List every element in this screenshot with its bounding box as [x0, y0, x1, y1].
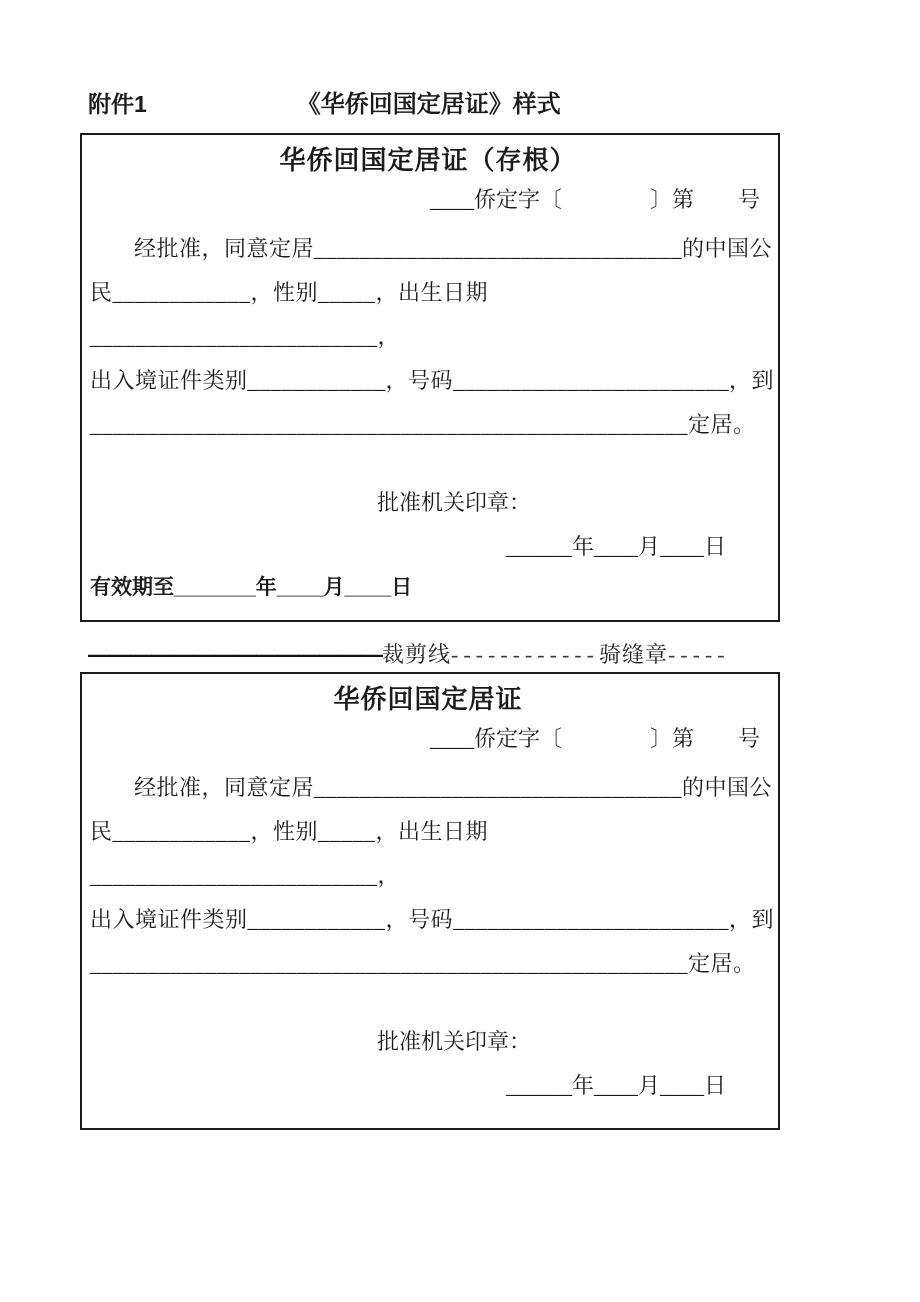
cut-line-mid-dashes: ------------	[451, 642, 599, 667]
cut-line-left-dashes: ——————————————	[88, 642, 382, 667]
stub-ref-number-line: ____侨定字〔 〕第 号	[90, 184, 766, 215]
stub-line-citizen: 民____________，性别_____，出生日期	[90, 271, 766, 315]
certificate-seal-label: 批准机关印章：	[377, 1028, 766, 1056]
cut-line-right-dashes: -----	[668, 642, 730, 667]
certificate-line-settle-place: ________________________________________…	[90, 942, 766, 986]
certificate-date-line: ______年____月____日	[90, 1072, 766, 1100]
doc-style-title: 《华侨回国定居证》样式	[297, 91, 561, 118]
seam-seal-label: 骑缝章	[599, 642, 668, 667]
document-header: 附件1《华侨回国定居证》样式	[88, 90, 561, 119]
stub-validity-line: 有效期至_______年____月____日	[90, 575, 766, 601]
stub-date-line: ______年____月____日	[90, 533, 766, 561]
cut-line-label: 裁剪线	[382, 642, 451, 667]
certificate-line-birthdate-blank: _________________________，	[90, 854, 766, 898]
certificate-ref-number-line: ____侨定字〔 〕第 号	[90, 723, 766, 754]
stub-certificate-box: 华侨回国定居证（存根） ____侨定字〔 〕第 号 经批准，同意定居______…	[80, 133, 780, 622]
stub-body: 经批准，同意定居________________________________…	[90, 227, 766, 447]
stub-title: 华侨回国定居证（存根）	[90, 144, 766, 177]
stub-seal-label: 批准机关印章：	[377, 489, 766, 517]
stub-line-document-type: 出入境证件类别____________，号码__________________…	[90, 359, 766, 403]
attachment-label: 附件1	[88, 91, 147, 117]
certificate-line-citizen: 民____________，性别_____，出生日期	[90, 810, 766, 854]
certificate-title: 华侨回国定居证	[90, 683, 766, 716]
certificate-line-document-type: 出入境证件类别____________，号码__________________…	[90, 898, 766, 942]
certificate-body: 经批准，同意定居________________________________…	[90, 766, 766, 986]
certificate-line-approved: 经批准，同意定居________________________________…	[90, 766, 766, 810]
stub-line-approved: 经批准，同意定居________________________________…	[90, 227, 766, 271]
stub-line-birthdate-blank: _________________________，	[90, 315, 766, 359]
certificate-box: 华侨回国定居证 ____侨定字〔 〕第 号 经批准，同意定居__________…	[80, 672, 780, 1130]
cut-line: ——————————————裁剪线------------骑缝章-----	[88, 641, 808, 669]
document-page: 附件1《华侨回国定居证》样式 华侨回国定居证（存根） ____侨定字〔 〕第 号…	[0, 0, 920, 1302]
stub-line-settle-place: ________________________________________…	[90, 403, 766, 447]
